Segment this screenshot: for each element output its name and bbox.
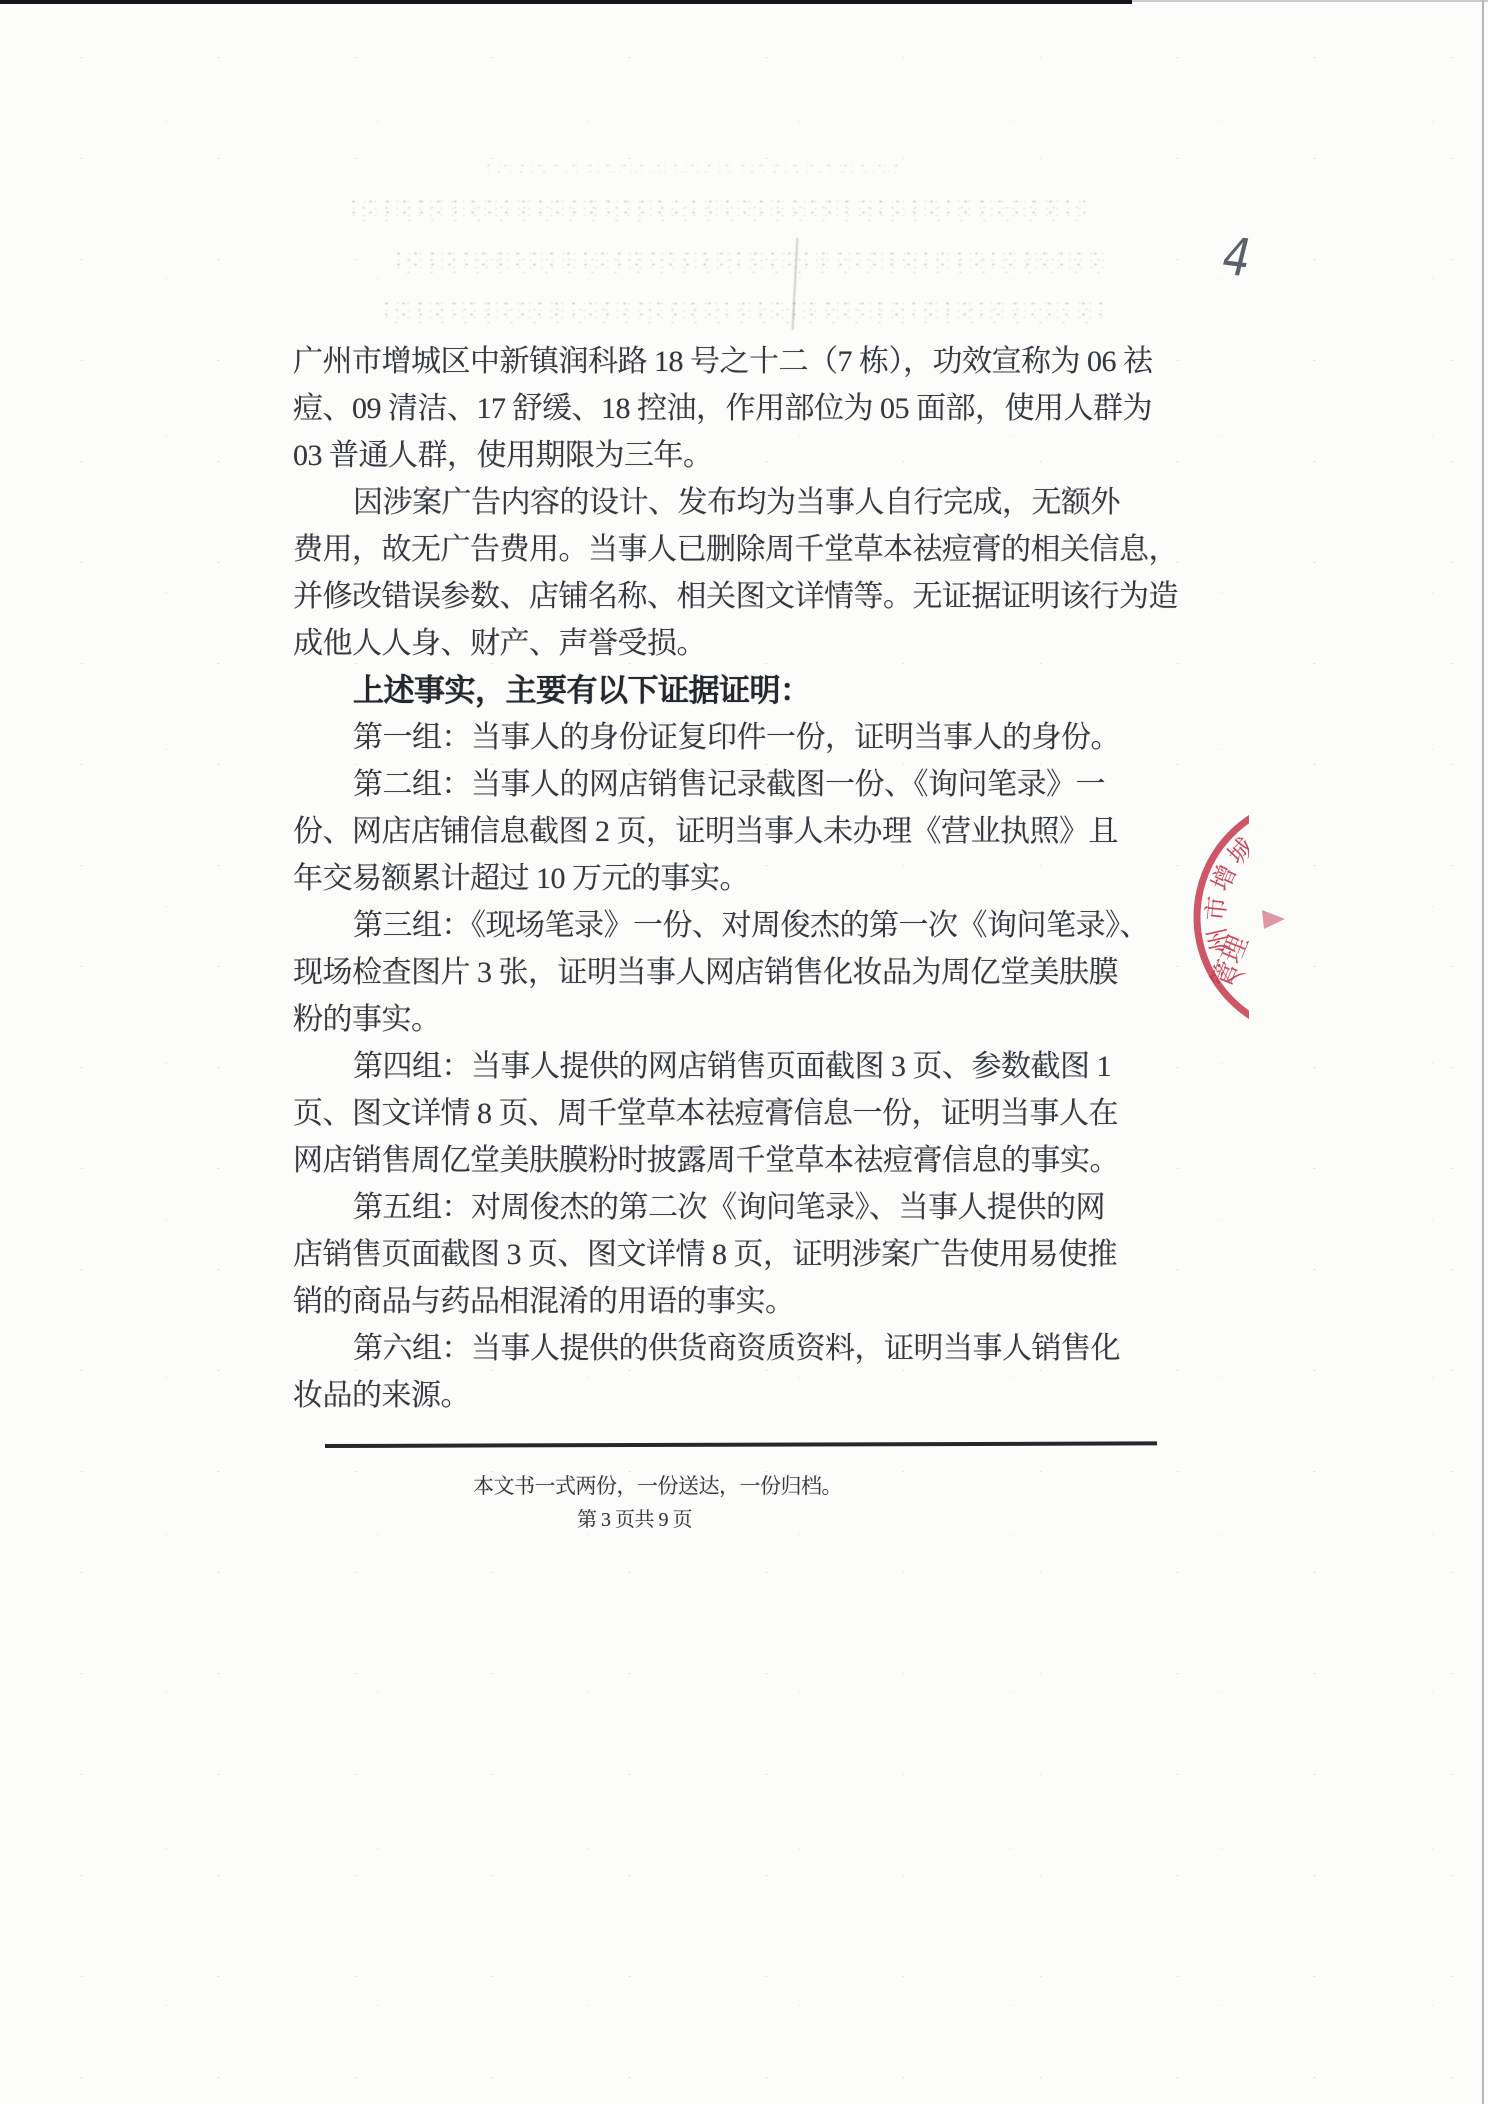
text-line: 并修改错误参数、店铺名称、相关图文详情等。无证据证明该行为造 — [293, 573, 1178, 620]
footer-page-indicator: 第 3 页共 9 页 — [577, 1503, 692, 1532]
text-line: 第二组：当事人的网店销售记录截图一份、《询问笔录》一 — [353, 761, 1105, 808]
text-line: 网店销售周亿堂美肤膜粉时披露周千堂草本祛痘膏信息的事实。 — [293, 1137, 1119, 1184]
text-line: 店销售页面截图 3 页、图文详情 8 页，证明涉案广告使用易使推 — [293, 1231, 1117, 1278]
footer-distribution-note: 本文书一式两份，一份送达，一份归档。 — [473, 1470, 842, 1500]
text-line: 费用，故无广告费用。当事人已删除周千堂草本祛痘膏的相关信息， — [293, 526, 1178, 573]
faded-ghost-text-band — [345, 196, 1085, 222]
text-line: 销的商品与药品相混淆的用语的事实。 — [293, 1278, 795, 1325]
handwritten-page-number: 4 — [1216, 227, 1258, 289]
official-seal-stamp: 广州市增城区 管理 — [1180, 790, 1360, 1050]
text-line: 第五组：对周俊杰的第二次《询问笔录》、当事人提供的网 — [353, 1184, 1105, 1231]
document-body: 广州市增城区中新镇润科路 18 号之十二（7 栋），功效宣称为 06 祛痘、09… — [293, 338, 1193, 1423]
text-line: 粉的事实。 — [293, 996, 441, 1043]
text-line: 份、网店店铺信息截图 2 页，证明当事人未办理《营业执照》且 — [293, 808, 1118, 855]
text-line: 页、图文详情 8 页、周千堂草本祛痘膏信息一份，证明当事人在 — [293, 1090, 1118, 1137]
text-line: 年交易额累计超过 10 万元的事实。 — [293, 855, 749, 902]
faded-ghost-text-band — [378, 298, 1108, 324]
text-line: 因涉案广告内容的设计、发布均为当事人自行完成，无额外 — [353, 479, 1120, 526]
scanned-document-page: 4 广州市增城区中新镇润科路 18 号之十二（7 栋），功效宣称为 06 祛痘、… — [0, 0, 1488, 2104]
text-line: 广州市增城区中新镇润科路 18 号之十二（7 栋），功效宣称为 06 祛 — [293, 338, 1153, 385]
text-line: 第四组：当事人提供的网店销售页面截图 3 页、参数截图 1 — [353, 1043, 1111, 1090]
faded-ghost-text-band — [390, 248, 1105, 274]
text-line: 第一组：当事人的身份证复印件一份，证明当事人的身份。 — [353, 714, 1120, 761]
text-line: 痘、09 清洁、17 舒缓、18 控油，作用部位为 05 面部，使用人群为 — [293, 385, 1152, 432]
scan-top-edge-bar-light — [1132, 0, 1488, 2]
scan-top-edge-bar — [0, 0, 1132, 4]
text-line: 第六组：当事人提供的供货商资质资料，证明当事人销售化 — [353, 1325, 1120, 1372]
text-line: 03 普通人群，使用期限为三年。 — [293, 432, 713, 479]
footer-divider-line — [325, 1441, 1157, 1448]
text-line: 第三组：《现场笔录》一份、对周俊杰的第一次《询问笔录》、 — [353, 902, 1149, 949]
scan-right-edge-line — [1482, 0, 1484, 2104]
text-line: 成他人人身、财产、声誉受损。 — [293, 620, 706, 667]
seal-star-tip-icon — [1262, 910, 1285, 929]
text-line: 现场检查图片 3 张，证明当事人网店销售化妆品为周亿堂美肤膜 — [293, 949, 1118, 996]
text-line: 妆品的来源。 — [293, 1372, 470, 1419]
section-heading-line: 上述事实，主要有以下证据证明： — [353, 667, 811, 714]
faded-ghost-text-band — [480, 160, 900, 176]
